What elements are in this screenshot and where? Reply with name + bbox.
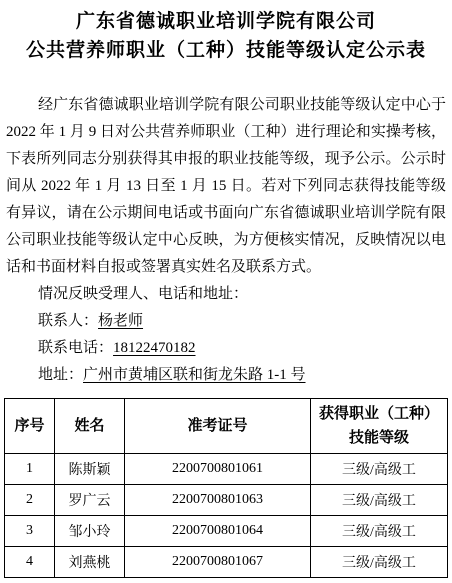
cell-level: 三级/高级工 [311,485,448,516]
table-row: 3 邹小玲 2200700801064 三级/高级工 [5,516,448,547]
table-row: 2 罗广云 2200700801063 三级/高级工 [5,485,448,516]
table-row: 4 刘燕桃 2200700801067 三级/高级工 [5,547,448,578]
col-header-seq: 序号 [5,399,55,454]
col-header-level-line2: 技能等级 [349,430,409,446]
contact-phone-value: 18122470182 [113,340,196,356]
cell-level: 三级/高级工 [311,516,448,547]
contact-person-value: 杨老师 [98,313,143,329]
cell-exam-no: 2200700801067 [125,547,311,578]
address-line: 地址：广州市黄埔区联和街龙朱路 1-1 号 [6,362,446,389]
notice-body: 经广东省德诚职业培训学院有限公司职业技能等级认定中心于 2022 年 1 月 9… [6,92,446,389]
cell-level: 三级/高级工 [311,547,448,578]
cell-seq: 3 [5,516,55,547]
certification-table: 序号 姓名 准考证号 获得职业（工种） 技能等级 1 陈斯颖 220070080… [4,398,448,578]
col-header-name: 姓名 [55,399,125,454]
cell-name: 刘燕桃 [55,547,125,578]
cell-level: 三级/高级工 [311,454,448,485]
contact-person-label: 联系人： [38,313,98,329]
cell-seq: 1 [5,454,55,485]
document-title-line-2: 公共营养师职业（工种）技能等级认定公示表 [6,36,446,65]
col-header-level-line1: 获得职业（工种） [319,406,439,422]
contact-phone-label: 联系电话： [38,340,113,356]
cell-exam-no: 2200700801064 [125,516,311,547]
cell-exam-no: 2200700801063 [125,485,311,516]
table-header-row: 序号 姓名 准考证号 获得职业（工种） 技能等级 [5,399,448,454]
cell-exam-no: 2200700801061 [125,454,311,485]
cell-name: 陈斯颖 [55,454,125,485]
contact-intro: 情况反映受理人、电话和地址： [6,281,446,308]
col-header-exam-no: 准考证号 [125,399,311,454]
table-row: 1 陈斯颖 2200700801061 三级/高级工 [5,454,448,485]
address-label: 地址： [38,367,83,383]
cell-name: 罗广云 [55,485,125,516]
address-value: 广州市黄埔区联和街龙朱路 1-1 号 [83,367,306,383]
cell-seq: 4 [5,547,55,578]
cell-seq: 2 [5,485,55,516]
notice-document: 广东省德诚职业培训学院有限公司 公共营养师职业（工种）技能等级认定公示表 经广东… [0,0,452,583]
cell-name: 邹小玲 [55,516,125,547]
notice-paragraph: 经广东省德诚职业培训学院有限公司职业技能等级认定中心于 2022 年 1 月 9… [6,92,446,281]
document-title-line-1: 广东省德诚职业培训学院有限公司 [6,7,446,36]
col-header-level: 获得职业（工种） 技能等级 [311,399,448,454]
contact-phone-line: 联系电话：18122470182 [6,335,446,362]
contact-person-line: 联系人：杨老师 [6,308,446,335]
